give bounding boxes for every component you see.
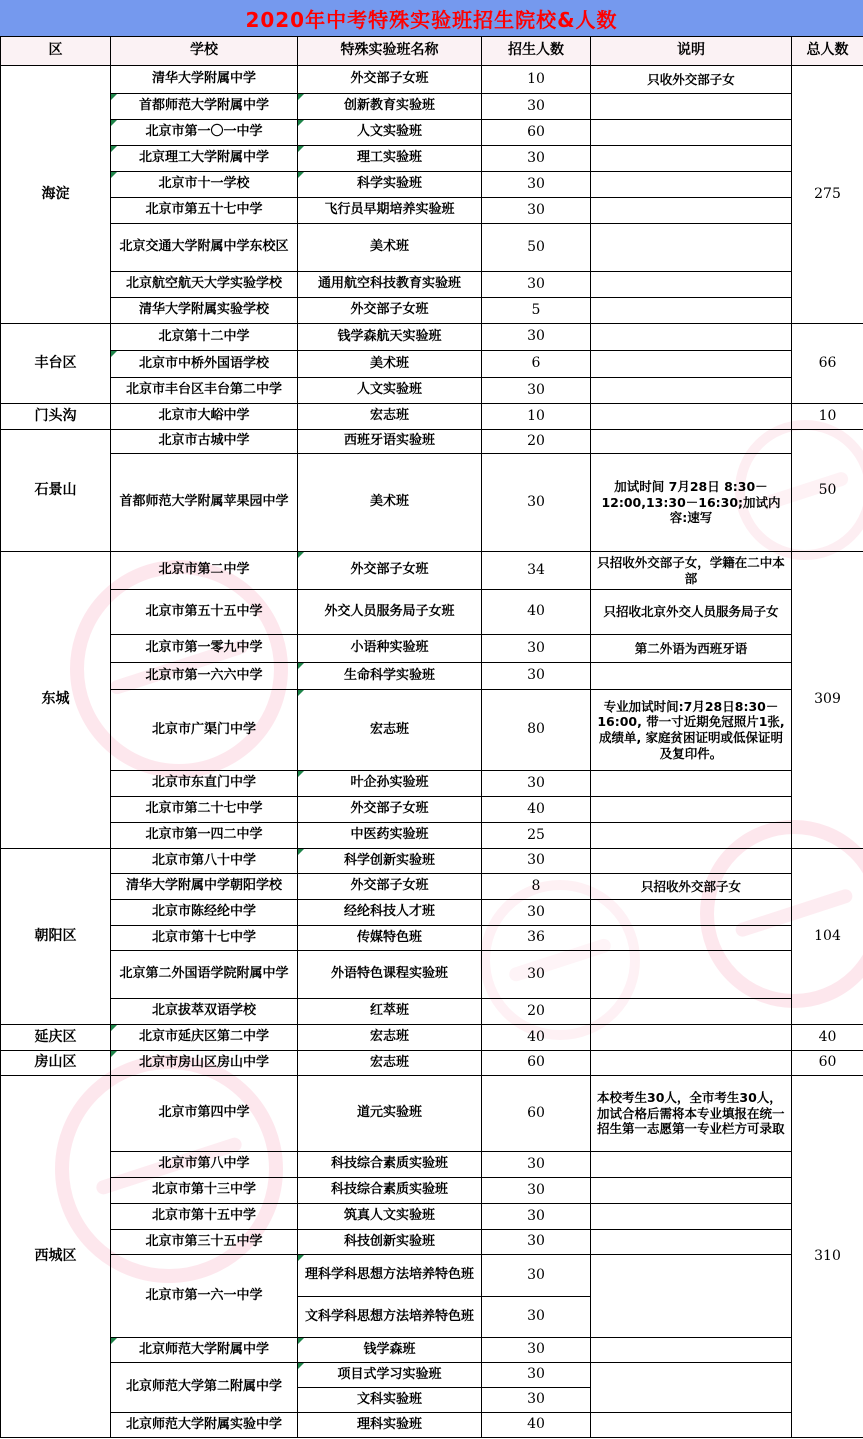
- cell-total: 66: [792, 324, 863, 404]
- cell-enrollment-count: 60: [482, 1076, 591, 1152]
- cell-enrollment-count: 10: [482, 404, 591, 430]
- cell-enrollment-count: 30: [482, 900, 591, 926]
- cell-school: 北京市第五十五中学: [111, 590, 298, 635]
- cell-enrollment-count: 60: [482, 1051, 591, 1076]
- cell-district: 石景山: [1, 430, 111, 552]
- cell-note: [591, 120, 792, 146]
- cell-school: 北京市第八中学: [111, 1152, 298, 1178]
- table-row: 东城北京市第二中学外交部子女班34只招收外交部子女，学籍在二中本部309: [1, 552, 863, 590]
- table-row: 丰台区北京第十二中学钱学森航天实验班3066: [1, 324, 863, 351]
- cell-enrollment-count: 20: [482, 999, 591, 1025]
- cell-school: 北京市第八十中学: [111, 849, 298, 874]
- table-row: 延庆区北京市延庆区第二中学宏志班4040: [1, 1025, 863, 1051]
- cell-class-name: 西班牙语实验班: [298, 430, 482, 454]
- cell-note: 本校考生30人，全市考生30人，加试合格后需将本专业填报在统一招生第一志愿第一专…: [591, 1076, 792, 1152]
- table-row: 清华大学附属实验学校外交部子女班5: [1, 298, 863, 324]
- cell-enrollment-count: 30: [482, 172, 591, 198]
- cell-class-name: 科学创新实验班: [298, 849, 482, 874]
- table-row: 北京市第五十五中学外交人员服务局子女班40只招收北京外交人员服务局子女: [1, 590, 863, 635]
- cell-enrollment-count: 30: [482, 1152, 591, 1178]
- cell-school: 北京市陈经纶中学: [111, 900, 298, 926]
- cell-class-name: 钱学森航天实验班: [298, 324, 482, 351]
- cell-enrollment-count: 25: [482, 823, 591, 849]
- cell-class-name: 宏志班: [298, 1025, 482, 1051]
- cell-total: 50: [792, 430, 863, 552]
- cell-district: 东城: [1, 552, 111, 849]
- cell-school: 北京市古城中学: [111, 430, 298, 454]
- cell-school: 清华大学附属实验学校: [111, 298, 298, 324]
- cell-school: 清华大学附属中学: [111, 66, 298, 94]
- table-row: 清华大学附属中学朝阳学校外交部子女班8只招收外交部子女: [1, 874, 863, 900]
- table-row: 朝阳区北京市第八十中学科学创新实验班30104: [1, 849, 863, 874]
- cell-note: [591, 663, 792, 690]
- cell-note: [591, 272, 792, 298]
- cell-total: 60: [792, 1051, 863, 1076]
- column-header-1: 学校: [111, 37, 298, 66]
- cell-enrollment-count: 30: [482, 454, 591, 552]
- cell-school: 首都师范大学附属中学: [111, 94, 298, 120]
- table-row: 北京师范大学附属实验中学理科实验班40: [1, 1413, 863, 1438]
- cell-note: 只收外交部子女: [591, 66, 792, 94]
- cell-enrollment-count: 40: [482, 1413, 591, 1438]
- cell-school: 北京市第一六六中学: [111, 663, 298, 690]
- column-header-2: 特殊实验班名称: [298, 37, 482, 66]
- cell-total: 40: [792, 1025, 863, 1051]
- cell-class-name: 经纶科技人才班: [298, 900, 482, 926]
- cell-note: [591, 430, 792, 454]
- table-row: 北京市第一四二中学中医药实验班25: [1, 823, 863, 849]
- cell-school: 北京市房山区房山中学: [111, 1051, 298, 1076]
- cell-class-name: 外交部子女班: [298, 797, 482, 823]
- cell-note: [591, 1051, 792, 1076]
- cell-enrollment-count: 8: [482, 874, 591, 900]
- cell-enrollment-count: 30: [482, 1363, 591, 1388]
- cell-class-name: 生命科学实验班: [298, 663, 482, 690]
- table-row: 北京师范大学第二附属中学项目式学习实验班30: [1, 1363, 863, 1388]
- cell-note: [591, 1178, 792, 1204]
- cell-district: 朝阳区: [1, 849, 111, 1025]
- cell-enrollment-count: 30: [482, 324, 591, 351]
- table-row: 北京理工大学附属中学理工实验班30: [1, 146, 863, 172]
- cell-note: [591, 94, 792, 120]
- cell-note: [591, 1255, 792, 1338]
- cell-note: [591, 1338, 792, 1363]
- table-row: 北京市第一六六中学生命科学实验班30: [1, 663, 863, 690]
- table-row: 北京市第一零九中学小语种实验班30第二外语为西班牙语: [1, 635, 863, 663]
- table-row: 北京市丰台区丰台第二中学人文实验班30: [1, 378, 863, 404]
- cell-total: 275: [792, 66, 863, 324]
- cell-note: [591, 298, 792, 324]
- cell-total: 104: [792, 849, 863, 1025]
- table-row: 北京市陈经纶中学经纶科技人才班30: [1, 900, 863, 926]
- cell-district: 西城区: [1, 1076, 111, 1438]
- cell-class-name: 通用航空科技教育实验班: [298, 272, 482, 298]
- cell-school: 北京市第三十五中学: [111, 1230, 298, 1255]
- cell-note: [591, 797, 792, 823]
- cell-total: 10: [792, 404, 863, 430]
- cell-class-name: 理科实验班: [298, 1413, 482, 1438]
- cell-school: 北京理工大学附属中学: [111, 146, 298, 172]
- cell-school: 北京市第一六一中学: [111, 1255, 298, 1338]
- table-row: 房山区北京市房山区房山中学宏志班6060: [1, 1051, 863, 1076]
- cell-school: 北京市丰台区丰台第二中学: [111, 378, 298, 404]
- cell-class-name: 宏志班: [298, 1051, 482, 1076]
- cell-class-name: 外交部子女班: [298, 552, 482, 590]
- cell-enrollment-count: 30: [482, 1388, 591, 1413]
- cell-enrollment-count: 30: [482, 146, 591, 172]
- table-row: 北京第二外国语学院附属中学外语特色课程实验班30: [1, 951, 863, 999]
- cell-note: [591, 951, 792, 999]
- column-header-4: 说明: [591, 37, 792, 66]
- header-row: 区学校特殊实验班名称招生人数说明总人数: [1, 37, 863, 66]
- cell-enrollment-count: 30: [482, 272, 591, 298]
- cell-class-name: 传媒特色班: [298, 926, 482, 951]
- cell-district: 丰台区: [1, 324, 111, 404]
- cell-note: [591, 849, 792, 874]
- cell-note: [591, 999, 792, 1025]
- cell-class-name: 筑真人文实验班: [298, 1204, 482, 1230]
- cell-school: 北京交通大学附属中学东校区: [111, 224, 298, 272]
- cell-school: 北京市第二中学: [111, 552, 298, 590]
- table-row: 北京市第二十七中学外交部子女班40: [1, 797, 863, 823]
- cell-note: [591, 1025, 792, 1051]
- cell-note: 第二外语为西班牙语: [591, 635, 792, 663]
- column-header-5: 总人数: [792, 37, 863, 66]
- cell-enrollment-count: 30: [482, 1338, 591, 1363]
- cell-enrollment-count: 40: [482, 590, 591, 635]
- cell-note: [591, 823, 792, 849]
- cell-class-name: 小语种实验班: [298, 635, 482, 663]
- cell-class-name: 外交部子女班: [298, 874, 482, 900]
- cell-district: 海淀: [1, 66, 111, 324]
- cell-enrollment-count: 30: [482, 1178, 591, 1204]
- cell-enrollment-count: 30: [482, 1255, 591, 1297]
- cell-note: [591, 1230, 792, 1255]
- cell-school: 北京师范大学第二附属中学: [111, 1363, 298, 1413]
- table-row: 北京师范大学附属中学钱学森班30: [1, 1338, 863, 1363]
- cell-note: [591, 378, 792, 404]
- cell-note: [591, 900, 792, 926]
- cell-note: [591, 926, 792, 951]
- cell-school: 北京市大峪中学: [111, 404, 298, 430]
- cell-school: 首都师范大学附属苹果园中学: [111, 454, 298, 552]
- cell-note: [591, 224, 792, 272]
- cell-enrollment-count: 30: [482, 849, 591, 874]
- cell-class-name: 道元实验班: [298, 1076, 482, 1152]
- enrollment-table: 区学校特殊实验班名称招生人数说明总人数 海淀清华大学附属中学外交部子女班10只收…: [0, 36, 863, 1438]
- table-row: 石景山北京市古城中学西班牙语实验班2050: [1, 430, 863, 454]
- cell-school: 北京市第十三中学: [111, 1178, 298, 1204]
- cell-enrollment-count: 40: [482, 1025, 591, 1051]
- cell-note: 只招收外交部子女: [591, 874, 792, 900]
- table-row: 北京市第十五中学筑真人文实验班30: [1, 1204, 863, 1230]
- cell-note: [591, 1152, 792, 1178]
- cell-enrollment-count: 40: [482, 797, 591, 823]
- cell-note: 只招收外交部子女，学籍在二中本部: [591, 552, 792, 590]
- table-row: 北京交通大学附属中学东校区美术班50: [1, 224, 863, 272]
- column-header-0: 区: [1, 37, 111, 66]
- cell-note: [591, 1413, 792, 1438]
- table-row: 北京市第八中学科技综合素质实验班30: [1, 1152, 863, 1178]
- cell-note: [591, 404, 792, 430]
- cell-enrollment-count: 30: [482, 771, 591, 797]
- cell-enrollment-count: 80: [482, 690, 591, 771]
- cell-district: 房山区: [1, 1051, 111, 1076]
- cell-total: 310: [792, 1076, 863, 1438]
- cell-class-name: 美术班: [298, 351, 482, 378]
- table-row: 首都师范大学附属中学创新教育实验班30: [1, 94, 863, 120]
- cell-enrollment-count: 30: [482, 663, 591, 690]
- cell-note: 只招收北京外交人员服务局子女: [591, 590, 792, 635]
- cell-enrollment-count: 20: [482, 430, 591, 454]
- cell-enrollment-count: 10: [482, 66, 591, 94]
- table-row: 首都师范大学附属苹果园中学美术班30加试时间 7月28日 8:30－12:00,…: [1, 454, 863, 552]
- table-row: 北京市第十七中学传媒特色班36: [1, 926, 863, 951]
- page-title: 2020年中考特殊实验班招生院校&人数: [0, 0, 863, 36]
- cell-enrollment-count: 36: [482, 926, 591, 951]
- cell-enrollment-count: 30: [482, 1297, 591, 1338]
- table-row: 海淀清华大学附属中学外交部子女班10只收外交部子女275: [1, 66, 863, 94]
- cell-school: 北京市中桥外国语学校: [111, 351, 298, 378]
- cell-class-name: 文科学科思想方法培养特色班: [298, 1297, 482, 1338]
- cell-school: 北京市广渠门中学: [111, 690, 298, 771]
- cell-class-name: 文科实验班: [298, 1388, 482, 1413]
- cell-class-name: 宏志班: [298, 404, 482, 430]
- cell-class-name: 外交部子女班: [298, 66, 482, 94]
- cell-class-name: 人文实验班: [298, 120, 482, 146]
- cell-school: 北京市东直门中学: [111, 771, 298, 797]
- cell-note: [591, 146, 792, 172]
- cell-school: 北京市第一零九中学: [111, 635, 298, 663]
- cell-note: [591, 324, 792, 351]
- cell-enrollment-count: 30: [482, 378, 591, 404]
- cell-enrollment-count: 50: [482, 224, 591, 272]
- cell-enrollment-count: 30: [482, 94, 591, 120]
- cell-class-name: 叶企孙实验班: [298, 771, 482, 797]
- cell-school: 北京市第五十七中学: [111, 198, 298, 224]
- table-row: 北京市广渠门中学宏志班80专业加试时间:7月28日8:30－16:00, 带一寸…: [1, 690, 863, 771]
- cell-school: 北京市第十五中学: [111, 1204, 298, 1230]
- cell-class-name: 飞行员早期培养实验班: [298, 198, 482, 224]
- table-row: 北京市第五十七中学飞行员早期培养实验班30: [1, 198, 863, 224]
- cell-class-name: 人文实验班: [298, 378, 482, 404]
- cell-school: 北京航空航天大学实验学校: [111, 272, 298, 298]
- cell-class-name: 美术班: [298, 454, 482, 552]
- cell-note: 加试时间 7月28日 8:30－12:00,13:30－16:30;加试内容:速…: [591, 454, 792, 552]
- cell-class-name: 宏志班: [298, 690, 482, 771]
- cell-school: 北京师范大学附属中学: [111, 1338, 298, 1363]
- cell-enrollment-count: 30: [482, 951, 591, 999]
- cell-school: 北京师范大学附属实验中学: [111, 1413, 298, 1438]
- cell-note: [591, 198, 792, 224]
- cell-class-name: 创新教育实验班: [298, 94, 482, 120]
- cell-class-name: 科技创新实验班: [298, 1230, 482, 1255]
- table-row: 北京航空航天大学实验学校通用航空科技教育实验班30: [1, 272, 863, 298]
- cell-school: 北京市第二十七中学: [111, 797, 298, 823]
- cell-school: 北京市第十七中学: [111, 926, 298, 951]
- cell-school: 北京拔萃双语学校: [111, 999, 298, 1025]
- cell-class-name: 钱学森班: [298, 1338, 482, 1363]
- table-row: 北京市第一六一中学理科学科思想方法培养特色班30: [1, 1255, 863, 1297]
- cell-school: 北京市延庆区第二中学: [111, 1025, 298, 1051]
- table-row: 北京市中桥外国语学校美术班6: [1, 351, 863, 378]
- cell-school: 北京第十二中学: [111, 324, 298, 351]
- cell-enrollment-count: 5: [482, 298, 591, 324]
- table-row: 北京市东直门中学叶企孙实验班30: [1, 771, 863, 797]
- cell-class-name: 理工实验班: [298, 146, 482, 172]
- cell-enrollment-count: 60: [482, 120, 591, 146]
- cell-school: 北京市第一〇一中学: [111, 120, 298, 146]
- cell-school: 北京市第四中学: [111, 1076, 298, 1152]
- cell-class-name: 科学实验班: [298, 172, 482, 198]
- cell-note: 专业加试时间:7月28日8:30－16:00, 带一寸近期免冠照片1张, 成绩单…: [591, 690, 792, 771]
- cell-enrollment-count: 30: [482, 1230, 591, 1255]
- table-row: 北京拔萃双语学校红萃班20: [1, 999, 863, 1025]
- cell-school: 清华大学附属中学朝阳学校: [111, 874, 298, 900]
- cell-district: 门头沟: [1, 404, 111, 430]
- cell-class-name: 理科学科思想方法培养特色班: [298, 1255, 482, 1297]
- cell-enrollment-count: 30: [482, 198, 591, 224]
- cell-enrollment-count: 30: [482, 1204, 591, 1230]
- cell-note: [591, 1363, 792, 1413]
- cell-class-name: 外语特色课程实验班: [298, 951, 482, 999]
- table-row: 西城区北京市第四中学道元实验班60本校考生30人，全市考生30人，加试合格后需将…: [1, 1076, 863, 1152]
- cell-school: 北京市第一四二中学: [111, 823, 298, 849]
- cell-class-name: 科技综合素质实验班: [298, 1178, 482, 1204]
- table-row: 北京市第三十五中学科技创新实验班30: [1, 1230, 863, 1255]
- table-row: 门头沟北京市大峪中学宏志班1010: [1, 404, 863, 430]
- table-row: 北京市第十三中学科技综合素质实验班30: [1, 1178, 863, 1204]
- cell-class-name: 美术班: [298, 224, 482, 272]
- cell-class-name: 中医药实验班: [298, 823, 482, 849]
- cell-class-name: 科技综合素质实验班: [298, 1152, 482, 1178]
- table-row: 北京市十一学校科学实验班30: [1, 172, 863, 198]
- cell-enrollment-count: 34: [482, 552, 591, 590]
- table-row: 北京市第一〇一中学人文实验班60: [1, 120, 863, 146]
- cell-school: 北京市十一学校: [111, 172, 298, 198]
- cell-school: 北京第二外国语学院附属中学: [111, 951, 298, 999]
- cell-class-name: 外交人员服务局子女班: [298, 590, 482, 635]
- cell-note: [591, 351, 792, 378]
- cell-district: 延庆区: [1, 1025, 111, 1051]
- cell-class-name: 外交部子女班: [298, 298, 482, 324]
- column-header-3: 招生人数: [482, 37, 591, 66]
- cell-note: [591, 771, 792, 797]
- cell-class-name: 项目式学习实验班: [298, 1363, 482, 1388]
- cell-total: 309: [792, 552, 863, 849]
- cell-class-name: 红萃班: [298, 999, 482, 1025]
- cell-note: [591, 172, 792, 198]
- cell-enrollment-count: 30: [482, 635, 591, 663]
- cell-note: [591, 1204, 792, 1230]
- cell-enrollment-count: 6: [482, 351, 591, 378]
